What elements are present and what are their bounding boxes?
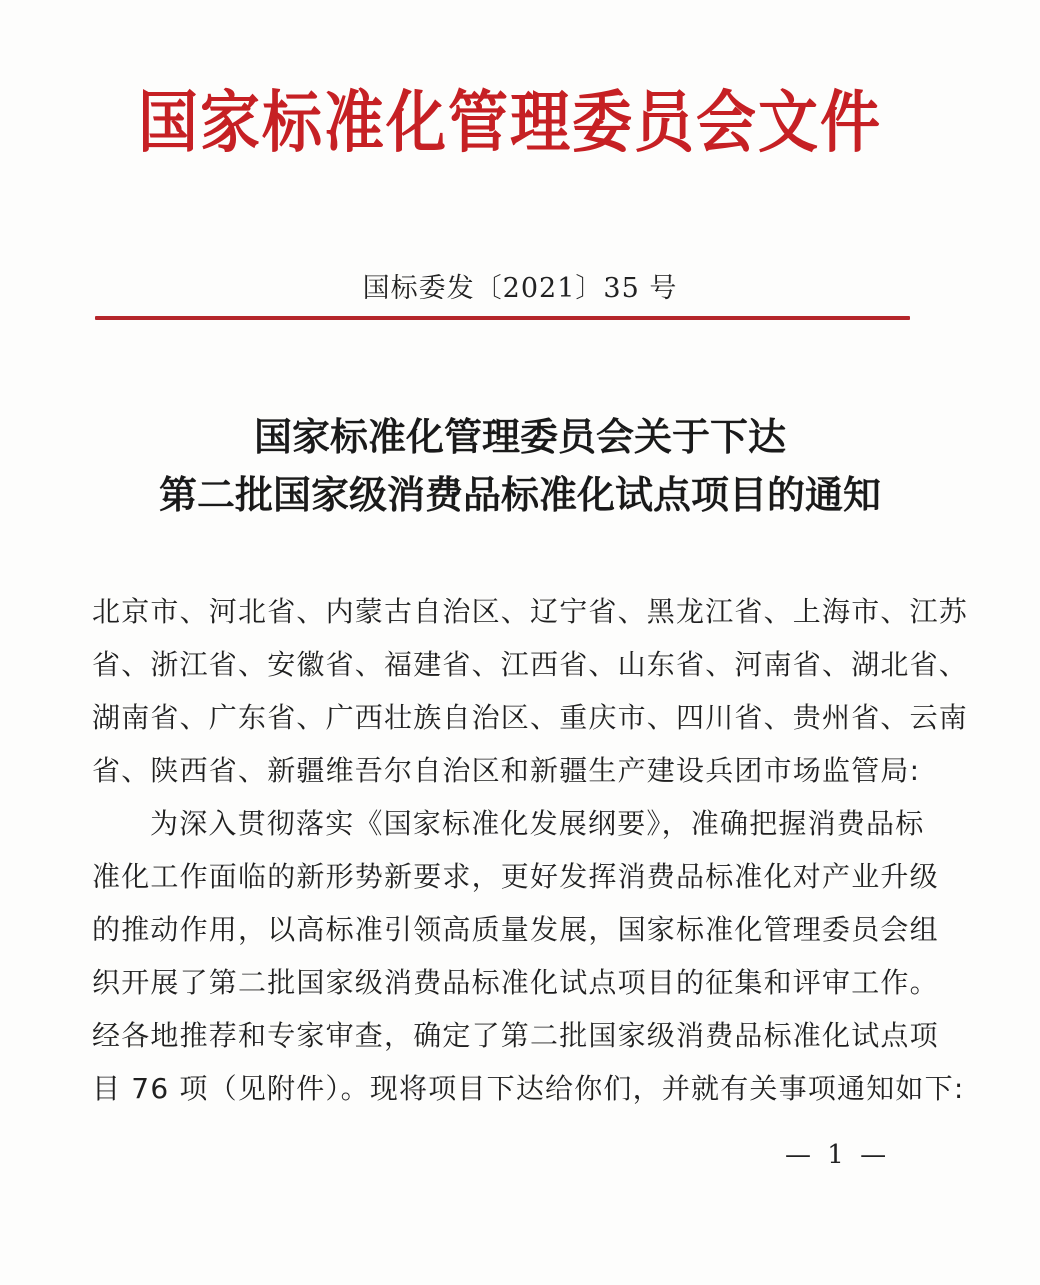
addressee-line: 北京市、河北省、内蒙古自治区、辽宁省、黑龙江省、上海市、江苏 (92, 585, 922, 638)
paragraph-line: 织开展了第二批国家级消费品标准化试点项目的征集和评审工作。 (92, 956, 922, 1009)
addressee-line: 湖南省、广东省、广西壮族自治区、重庆市、四川省、贵州省、云南 (92, 691, 922, 744)
paragraph-line: 准化工作面临的新形势新要求，更好发挥消费品标准化对产业升级 (92, 850, 922, 903)
paragraph-line: 目 76 项（见附件）。现将项目下达给你们，并就有关事项通知如下: (92, 1062, 922, 1115)
document-page: 国家标准化管理委员会文件 国标委发〔2021〕35 号 国家标准化管理委员会关于… (0, 0, 1040, 1285)
addressee-line: 省、陕西省、新疆维吾尔自治区和新疆生产建设兵团市场监管局: (92, 744, 922, 797)
issuer-header: 国家标准化管理委员会文件 (100, 73, 920, 174)
addressee-line: 省、浙江省、安徽省、福建省、江西省、山东省、河南省、湖北省、 (92, 638, 922, 691)
notice-title-line-2: 第二批国家级消费品标准化试点项目的通知 (0, 466, 1040, 524)
paragraph-line: 的推动作用，以高标准引领高质量发展，国家标准化管理委员会组 (92, 903, 922, 956)
red-divider-line (95, 316, 910, 320)
notice-title: 国家标准化管理委员会关于下达 第二批国家级消费品标准化试点项目的通知 (0, 408, 1040, 524)
paragraph-line: 经各地推荐和专家审查，确定了第二批国家级消费品标准化试点项 (92, 1009, 922, 1062)
paragraph-line: 为深入贯彻落实《国家标准化发展纲要》，准确把握消费品标 (92, 797, 922, 850)
notice-body: 北京市、河北省、内蒙古自治区、辽宁省、黑龙江省、上海市、江苏 省、浙江省、安徽省… (92, 585, 922, 1115)
document-number: 国标委发〔2021〕35 号 (0, 266, 1040, 305)
page-number: — 1 — (785, 1140, 890, 1170)
notice-title-line-1: 国家标准化管理委员会关于下达 (0, 408, 1040, 466)
